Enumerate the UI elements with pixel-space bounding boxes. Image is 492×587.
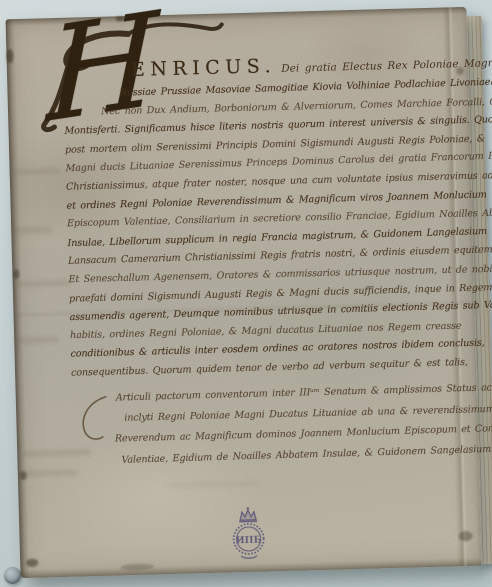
library-stamp: ИПБ — [227, 504, 271, 563]
stain — [13, 269, 19, 279]
heading-continuation: Dei gratia Electus Rex Poloniae Magnus D… — [281, 55, 492, 75]
page-left-edge — [6, 19, 30, 578]
stain — [459, 531, 473, 541]
heading-capitals: ENRICUS. — [131, 55, 277, 81]
stain — [6, 49, 13, 63]
paragraph-2: Articuli pactorum conventorum inter IIIᵘ… — [104, 379, 478, 471]
bleed-through-text — [11, 226, 51, 234]
paragraph-1: ENRICUS. Dei gratia Electus Rex Poloniae… — [63, 47, 476, 383]
stain — [26, 559, 38, 567]
bleed-through-text — [16, 280, 71, 287]
bleed-through-text — [12, 168, 60, 175]
bleed-through-text — [168, 481, 258, 488]
bleed-through-text — [21, 449, 91, 457]
document-photo: H ENRICUS. Dei gratia Electus Rex Poloni… — [0, 0, 492, 587]
bleed-through-text — [20, 470, 78, 478]
parchment-page: H ENRICUS. Dei gratia Electus Rex Poloni… — [6, 7, 482, 578]
seal-button — [4, 567, 21, 584]
bleed-through-text — [14, 336, 58, 344]
stamp-monogram: ИПБ — [236, 535, 262, 547]
